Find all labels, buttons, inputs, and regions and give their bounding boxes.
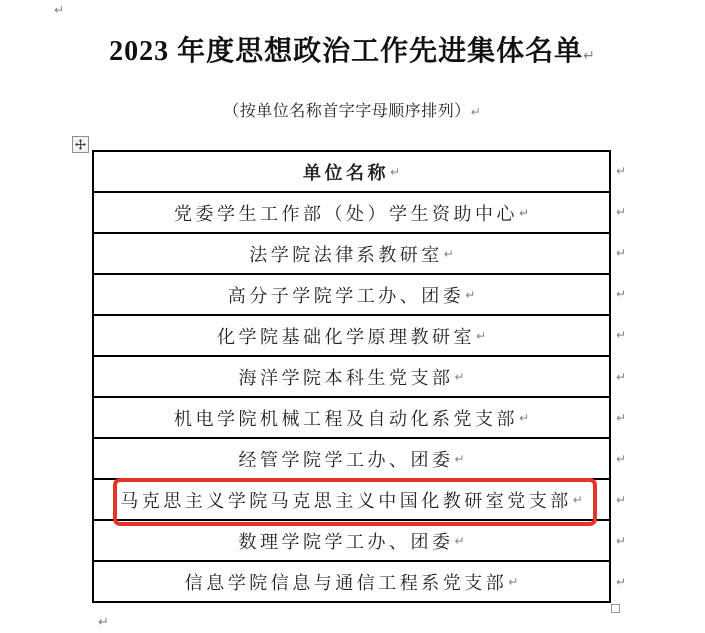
- table-row[interactable]: 经管学院学工办、团委↵: [94, 439, 609, 480]
- table-row[interactable]: 数理学院学工办、团委↵: [94, 521, 609, 562]
- cell-text: 信息学院信息与通信工程系党支部: [185, 569, 508, 595]
- end-of-row-mark: ↵: [616, 191, 632, 232]
- cell-text: 马克思主义学院马克思主义中国化教研室党支部: [120, 487, 572, 513]
- table-row[interactable]: 信息学院信息与通信工程系党支部↵: [94, 562, 609, 601]
- document-title[interactable]: 2023 年度思想政治工作先进集体名单↵: [92, 33, 612, 71]
- cell-text: 机电学院机械工程及自动化系党支部: [174, 405, 518, 431]
- end-of-row-mark: ↵: [616, 438, 632, 479]
- end-of-cell-mark: ↵: [454, 371, 464, 383]
- end-of-cell-mark: ↵: [454, 453, 464, 465]
- end-of-cell-mark: ↵: [454, 535, 464, 547]
- cell-text: 经管学院学工办、团委: [238, 446, 453, 472]
- end-of-row-mark: ↵: [616, 480, 632, 521]
- document-page: ↵ 2023 年度思想政治工作先进集体名单↵ （按单位名称首字字母顺序排列）↵ …: [0, 0, 705, 633]
- table-row[interactable]: 高分子学院学工办、团委↵: [94, 275, 609, 316]
- table-row[interactable]: 海洋学院本科生党支部↵: [94, 357, 609, 398]
- end-of-cell-mark: ↵: [519, 412, 529, 424]
- table-row[interactable]: 机电学院机械工程及自动化系党支部↵: [94, 398, 609, 439]
- table-row[interactable]: 马克思主义学院马克思主义中国化教研室党支部↵: [94, 480, 609, 521]
- document-subtitle[interactable]: （按单位名称首字字母顺序排列）↵: [92, 99, 612, 125]
- title-text: 2023 年度思想政治工作先进集体名单: [109, 36, 583, 67]
- table-row[interactable]: 党委学生工作部（处）学生资助中心↵: [94, 193, 609, 234]
- paragraph-mark: ↵: [54, 4, 64, 16]
- move-arrows-icon: [75, 139, 86, 150]
- paragraph-mark: ↵: [583, 48, 595, 64]
- end-of-row-mark: ↵: [616, 397, 632, 438]
- row-end-marks: ↵↵↵↵↵↵↵↵↵↵↵: [616, 150, 632, 603]
- cell-text: 党委学生工作部（处）学生资助中心: [174, 200, 518, 226]
- end-of-cell-mark: ↵: [465, 289, 475, 301]
- cell-text: 法学院法律系教研室: [249, 241, 443, 267]
- cell-text: 数理学院学工办、团委: [238, 528, 453, 554]
- end-of-row-mark: ↵: [616, 356, 632, 397]
- end-of-cell-mark: ↵: [476, 330, 486, 342]
- paragraph-mark: ↵: [98, 616, 109, 629]
- end-of-row-mark: ↵: [616, 562, 632, 603]
- end-of-cell-mark: ↵: [508, 576, 518, 588]
- end-of-row-mark: ↵: [616, 315, 632, 356]
- table-row[interactable]: 化学院基础化学原理教研室↵: [94, 316, 609, 357]
- unit-name-table: 单位名称↵ 党委学生工作部（处）学生资助中心↵ 法学院法律系教研室↵ 高分子学院…: [92, 150, 611, 603]
- table-header-label: 单位名称: [303, 159, 389, 185]
- end-of-row-mark: ↵: [616, 150, 632, 191]
- table-move-handle[interactable]: [72, 136, 89, 153]
- paragraph-mark: ↵: [471, 105, 481, 119]
- end-of-row-mark: ↵: [616, 521, 632, 562]
- cell-text: 海洋学院本科生党支部: [238, 364, 453, 390]
- cell-text: 化学院基础化学原理教研室: [217, 323, 475, 349]
- end-of-row-mark: ↵: [616, 274, 632, 315]
- end-of-row-mark: ↵: [616, 232, 632, 273]
- end-of-cell-mark: ↵: [519, 207, 529, 219]
- table-row[interactable]: 法学院法律系教研室↵: [94, 234, 609, 275]
- table-header-row[interactable]: 单位名称↵: [94, 152, 609, 193]
- end-of-cell-mark: ↵: [444, 248, 454, 260]
- cell-text: 高分子学院学工办、团委: [228, 282, 465, 308]
- table-resize-handle[interactable]: [611, 604, 620, 613]
- end-of-cell-mark: ↵: [573, 494, 583, 506]
- end-of-cell-mark: ↵: [390, 166, 400, 178]
- subtitle-text: （按单位名称首字字母顺序排列）: [223, 103, 471, 120]
